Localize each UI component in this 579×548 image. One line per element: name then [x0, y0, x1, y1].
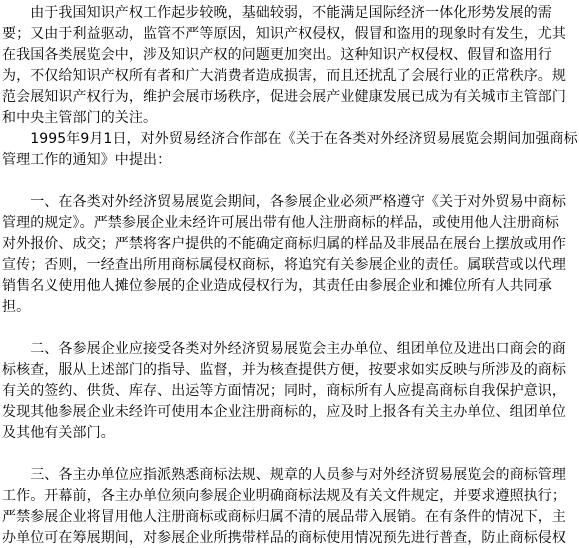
paragraph-intro: 由于我国知识产权工作起步较晚，基础较弱，不能满足国际经济一体化形势发展的需 要；… [2, 3, 578, 129]
paragraph-notice-reference: 1995年9月1日，对外贸易经济合作部在《关于在各类对外经济贸易展览会期间加强商… [2, 129, 578, 171]
paragraph-item-1: 一、在各类对外经济贸易展览会期间，各参展企业必须严格遵守《关于对外贸易中商标 管… [2, 192, 578, 318]
document-page: 由于我国知识产权工作起步较晚，基础较弱，不能满足国际经济一体化形势发展的需 要；… [0, 0, 579, 548]
paragraph-item-2: 二、各参展企业应接受各类对外经济贸易展览会主办单位、组团单位及进出口商会的商 标… [2, 339, 578, 444]
paragraph-item-3: 三、各主办单位应指派熟悉商标法规、规章的人员参与对外经济贸易展览会的商标管理 工… [2, 465, 578, 548]
